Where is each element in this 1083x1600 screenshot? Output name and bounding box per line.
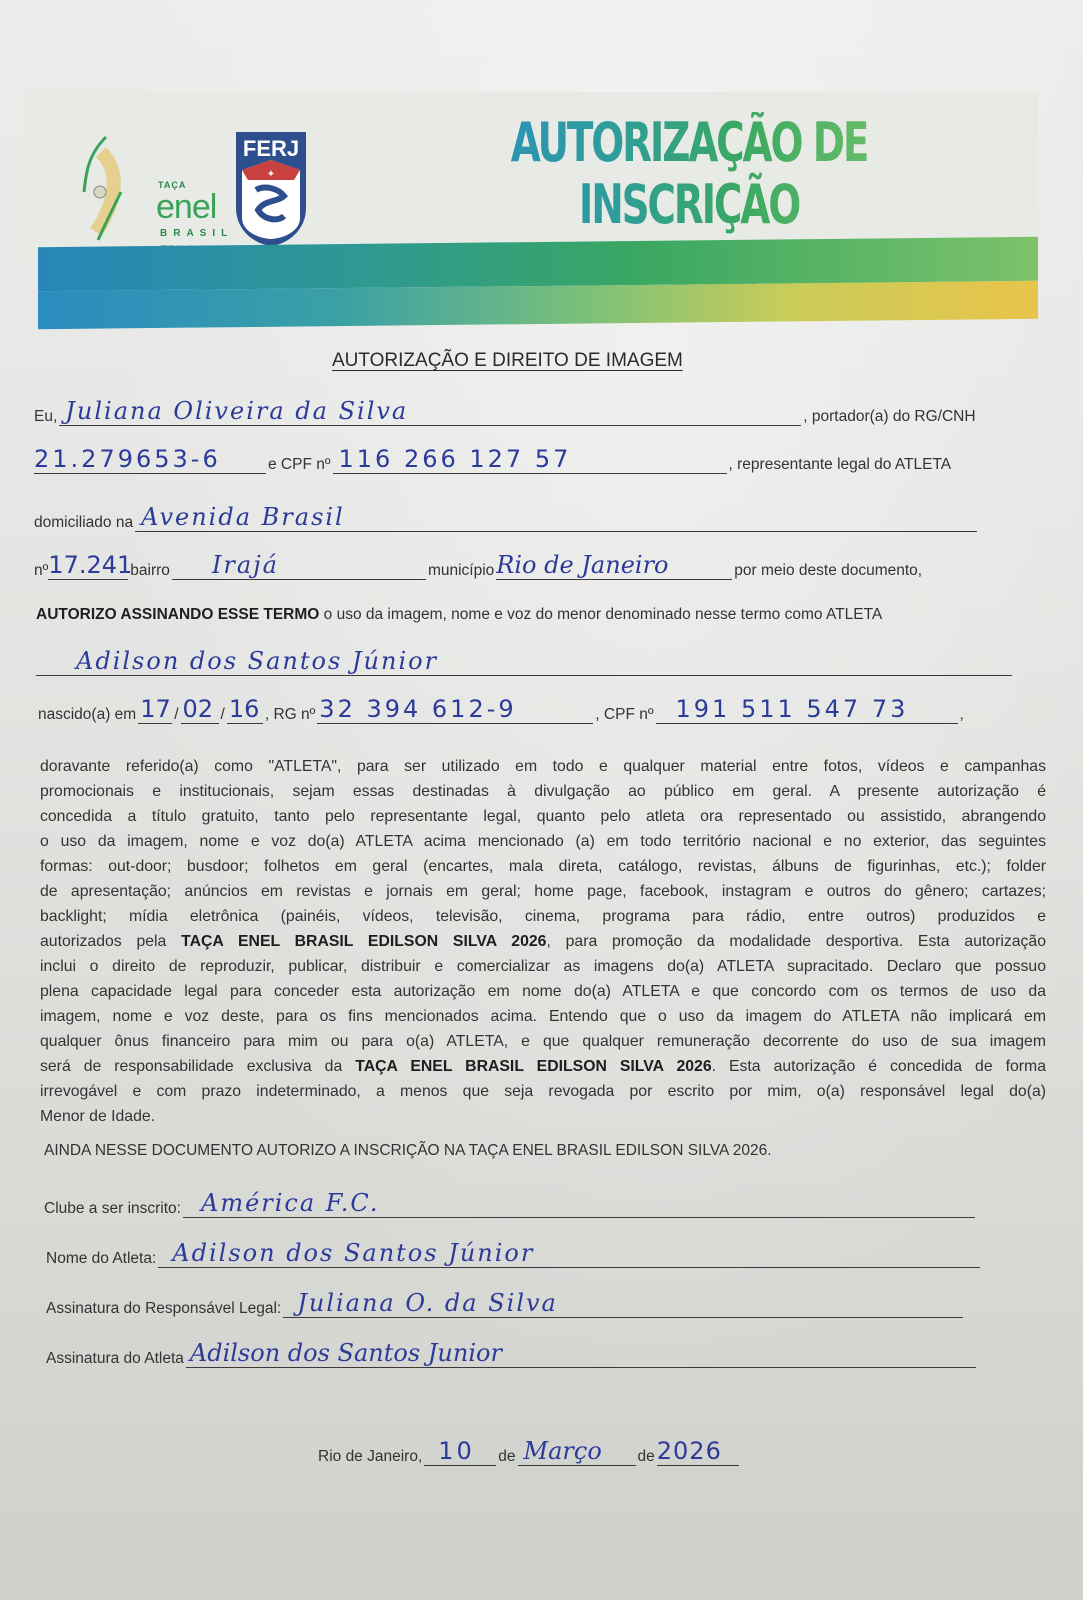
- assinatura-atleta-field[interactable]: Adilson dos Santos Junior: [186, 1346, 976, 1368]
- line-nome-atleta: Nome do Atleta: Adilson dos Santos Júnio…: [46, 1246, 982, 1268]
- nome-atleta-label: Nome do Atleta:: [46, 1250, 156, 1268]
- athlete-name-field[interactable]: Adilson dos Santos Júnior: [36, 654, 1012, 676]
- taca-enel-logo: TAÇA enel BRASIL EDILSON SILVA '26: [76, 132, 236, 252]
- ferj-shield-logo: FERJ ✦: [234, 130, 308, 248]
- birth-month-value: 02: [183, 695, 214, 723]
- decorative-color-band: [38, 237, 1038, 331]
- representante-label: , representante legal do ATLETA: [729, 456, 952, 474]
- assinatura-responsavel-label: Assinatura do Responsável Legal:: [46, 1300, 281, 1318]
- year-field[interactable]: 2026: [657, 1444, 739, 1466]
- assinatura-responsavel-field[interactable]: Juliana O. da Silva: [283, 1296, 963, 1318]
- title-line-1: AUTORIZAÇÃO DE INSCRIÇÃO: [441, 112, 938, 236]
- line-numero-bairro: nº 17.241 bairro Irajá município Rio de …: [34, 558, 922, 580]
- nome-atleta-value: Adilson dos Santos Júnior: [172, 1239, 534, 1267]
- eu-label: Eu,: [34, 408, 57, 426]
- domiciliado-label: domiciliado na: [34, 514, 133, 532]
- birth-day-field[interactable]: 17: [138, 702, 172, 724]
- paragraph-line: o uso da imagem, nome e voz do(a) ATLETA…: [40, 829, 1046, 854]
- paragraph-line: promocionais e institucionais, sejam ess…: [40, 779, 1046, 804]
- birth-year-value: 16: [229, 695, 260, 723]
- line-date: Rio de Janeiro, 10 de Março de 2026: [318, 1444, 741, 1466]
- comma: ,: [960, 706, 964, 724]
- municipio-label: município: [428, 562, 494, 580]
- paragraph-line: qualquer ônus financeiro para mim ou par…: [40, 1029, 1046, 1054]
- paragraph-line: será de responsabilidade exclusiva da TA…: [40, 1054, 1046, 1079]
- de-label-1: de: [498, 1448, 515, 1466]
- municipio-field[interactable]: Rio de Janeiro: [496, 558, 732, 580]
- document-header: TAÇA enel BRASIL EDILSON SILVA '26 FERJ …: [24, 92, 1038, 332]
- autorizo-rest-text: o uso da imagem, nome e voz do menor den…: [319, 606, 882, 624]
- line-responsible: Eu, Juliana Oliveira da Silva , portador…: [34, 404, 976, 426]
- birth-day-value: 17: [140, 695, 171, 723]
- rg-cnh-value: 21.279653-6: [34, 445, 221, 473]
- nascido-label: nascido(a) em: [38, 706, 136, 724]
- line-athlete-name: Adilson dos Santos Júnior: [36, 654, 1014, 676]
- numero-value: 17.241: [48, 551, 132, 579]
- athlete-cpf-value: 191 511 547 73: [676, 695, 909, 723]
- section-title: AUTORIZAÇÃO E DIREITO DE IMAGEM: [332, 350, 683, 372]
- paragraph-line: backlight; mídia eletrônica (painéis, ví…: [40, 904, 1046, 929]
- responsible-name-field[interactable]: Juliana Oliveira da Silva: [59, 404, 801, 426]
- athlete-rg-field[interactable]: 32 394 612-9: [317, 702, 593, 724]
- year-value: 2026: [657, 1437, 722, 1465]
- clube-field[interactable]: América F.C.: [183, 1196, 975, 1218]
- svg-text:✦: ✦: [267, 169, 275, 180]
- logo-enel-text: enel: [156, 190, 216, 224]
- svg-text:FERJ: FERJ: [243, 136, 299, 161]
- rg-label: , RG nº: [265, 706, 315, 724]
- address-field[interactable]: Avenida Brasil: [135, 510, 977, 532]
- paragraph-text: será de responsabilidade exclusiva da: [40, 1058, 355, 1075]
- line-address: domiciliado na Avenida Brasil: [34, 510, 979, 532]
- municipio-value: Rio de Janeiro: [496, 551, 668, 579]
- inscricao-heading-text: AINDA NESSE DOCUMENTO AUTORIZO A INSCRIÇ…: [44, 1142, 772, 1160]
- cpf-field[interactable]: 116 266 127 57: [333, 452, 727, 474]
- assinatura-atleta-label: Assinatura do Atleta: [46, 1350, 184, 1368]
- logo-brasil-text: BRASIL: [160, 228, 233, 239]
- clube-value: América F.C.: [201, 1189, 380, 1217]
- assinatura-responsavel-value: Juliana O. da Silva: [297, 1289, 558, 1317]
- line-autorizo: AUTORIZO ASSINANDO ESSE TERMO o uso da i…: [36, 606, 882, 624]
- bold-event-name: TAÇA ENEL BRASIL EDILSON SILVA 2026: [181, 933, 546, 950]
- paragraph-line: plena capacidade legal para conceder est…: [40, 979, 1046, 1004]
- nome-atleta-field[interactable]: Adilson dos Santos Júnior: [158, 1246, 980, 1268]
- clube-label: Clube a ser inscrito:: [44, 1200, 181, 1218]
- bairro-label: bairro: [130, 562, 170, 580]
- bold-event-name: TAÇA ENEL BRASIL EDILSON SILVA 2026: [355, 1058, 711, 1075]
- paragraph-text: . Esta autorização é concedida de forma: [712, 1058, 1046, 1075]
- birth-month-field[interactable]: 02: [181, 702, 219, 724]
- athlete-rg-value: 32 394 612-9: [319, 695, 516, 723]
- numero-label: nº: [34, 562, 48, 580]
- de-label-2: de: [638, 1448, 655, 1466]
- address-value: Avenida Brasil: [141, 503, 345, 531]
- inscricao-heading: AINDA NESSE DOCUMENTO AUTORIZO A INSCRIÇ…: [44, 1142, 772, 1160]
- cpf-label: e CPF nº: [268, 456, 331, 474]
- birth-year-field[interactable]: 16: [227, 702, 263, 724]
- paragraph-line: autorizados pela TAÇA ENEL BRASIL EDILSO…: [40, 929, 1046, 954]
- city-label: Rio de Janeiro,: [318, 1448, 422, 1466]
- bairro-field[interactable]: Irajá: [172, 558, 426, 580]
- autorizo-bold-text: AUTORIZO ASSINANDO ESSE TERMO: [36, 606, 319, 624]
- line-clube: Clube a ser inscrito: América F.C.: [44, 1196, 977, 1218]
- paragraph-line: inclui o direito de reproduzir, publicar…: [40, 954, 1046, 979]
- numero-field[interactable]: 17.241: [48, 558, 128, 580]
- paragraph-text: , para promoção da modalidade desportiva…: [546, 933, 1046, 950]
- enel-swoosh-icon: [76, 132, 126, 242]
- athlete-cpf-label: , CPF nº: [595, 706, 653, 724]
- paragraph-line: imagem, nome e voz deste, para os fins m…: [40, 1004, 1046, 1029]
- month-field[interactable]: Março: [518, 1444, 636, 1466]
- assinatura-atleta-value: Adilson dos Santos Junior: [190, 1339, 502, 1367]
- athlete-name-value: Adilson dos Santos Júnior: [76, 647, 438, 675]
- date-slash: /: [174, 706, 178, 724]
- paragraph-line: formas: out-door; busdoor; folhetos em g…: [40, 854, 1046, 879]
- authorization-paragraph: doravante referido(a) como "ATLETA", par…: [40, 754, 1046, 1129]
- paragraph-line: concedida a título gratuito, tanto pelo …: [40, 804, 1046, 829]
- bairro-value: Irajá: [212, 551, 279, 579]
- date-slash: /: [221, 706, 225, 724]
- month-value: Março: [524, 1437, 602, 1465]
- line-athlete-docs: nascido(a) em 17 / 02 / 16 , RG nº 32 39…: [38, 702, 964, 724]
- paragraph-line: irrevogável e com prazo indeterminado, a…: [40, 1079, 1046, 1104]
- portador-label: , portador(a) do RG/CNH: [803, 408, 975, 426]
- responsible-name-value: Juliana Oliveira da Silva: [65, 397, 408, 425]
- line-rg-cpf: 21.279653-6 e CPF nº 116 266 127 57 , re…: [34, 452, 951, 474]
- athlete-cpf-field[interactable]: 191 511 547 73: [656, 702, 958, 724]
- line-assinatura-responsavel: Assinatura do Responsável Legal: Juliana…: [46, 1296, 965, 1318]
- line-assinatura-atleta: Assinatura do Atleta Adilson dos Santos …: [46, 1346, 978, 1368]
- cpf-value: 116 266 127 57: [339, 445, 572, 473]
- paragraph-text: autorizados pela: [40, 933, 181, 950]
- rg-cnh-field[interactable]: 21.279653-6: [34, 452, 266, 474]
- day-value: 10: [438, 1437, 475, 1465]
- day-field[interactable]: 10: [424, 1444, 496, 1466]
- paragraph-line: de apresentação; anúncios em revistas e …: [40, 879, 1046, 904]
- paragraph-line: doravante referido(a) como "ATLETA", par…: [40, 754, 1046, 779]
- por-meio-label: por meio deste documento,: [734, 562, 922, 580]
- paragraph-line: Menor de Idade.: [40, 1104, 1046, 1129]
